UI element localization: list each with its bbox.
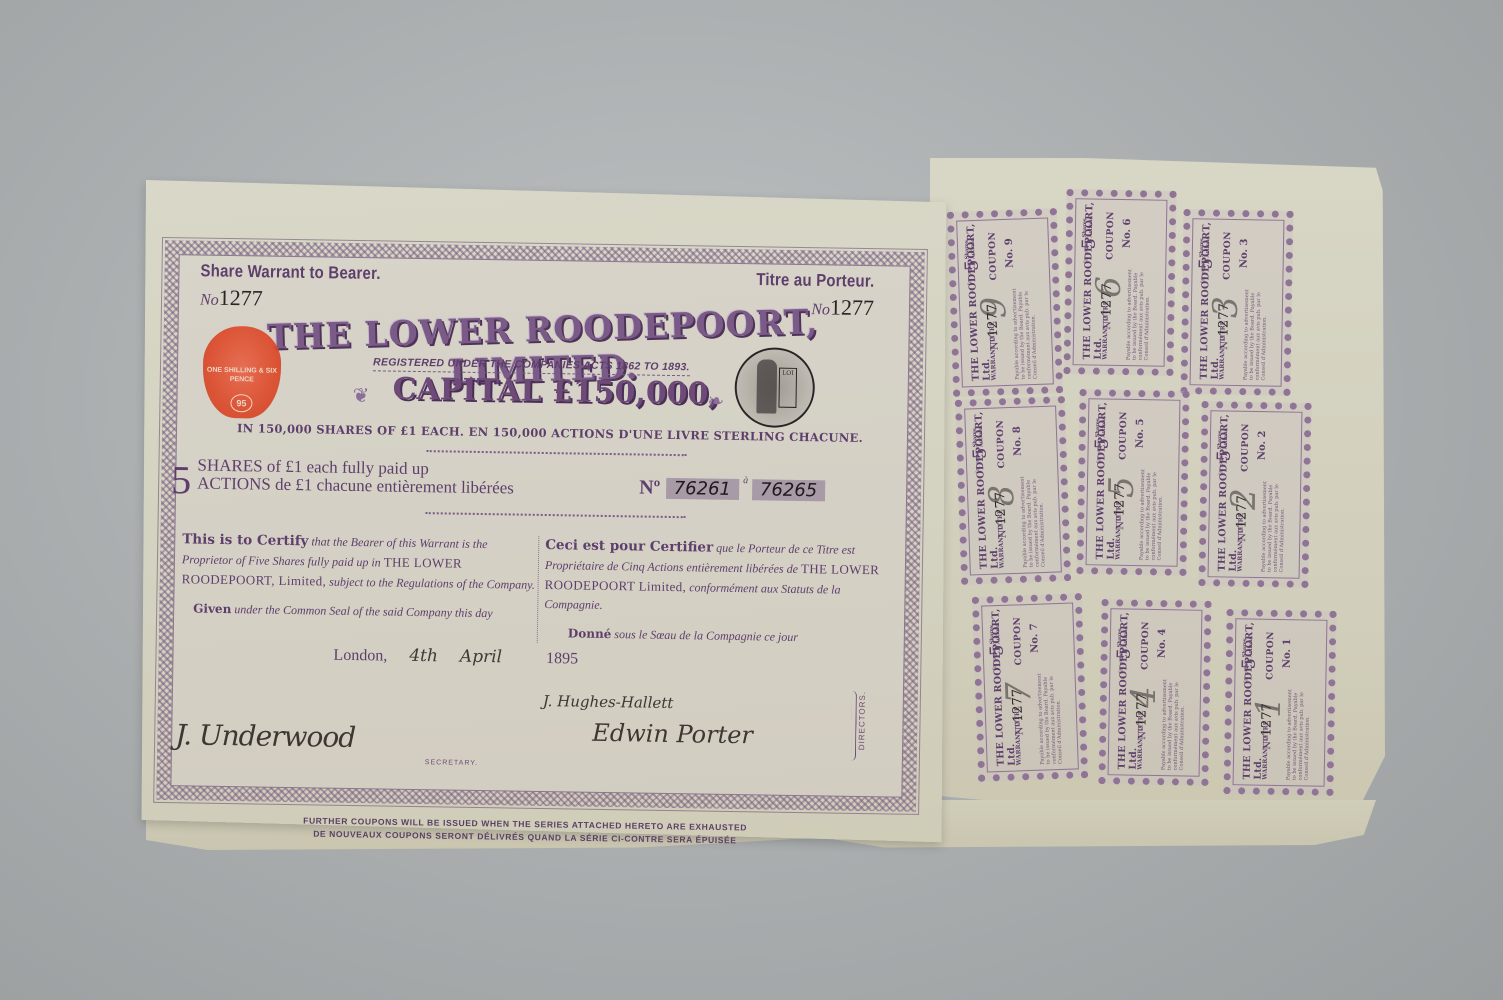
coupon-label: COUPON [1222,231,1233,280]
coupon-9: THE LOWER ROODEPOORT, Ltd. WARRANT TITRE… [947,208,1063,397]
directors-label: DIRECTORS. [857,691,867,750]
coupon-handwritten-number: 6 [1089,275,1129,297]
coupon-handwritten-number: 3 [1206,295,1246,317]
coupon-number: No. 6 [1122,218,1134,248]
scroll-ornament-icon: ❧ [707,389,724,414]
coupon-4: THE LOWER ROODEPOORT, Ltd. WARRANT TITRE… [1098,599,1211,786]
coupon-payable-text: Payable according to advertisement to be… [1286,685,1312,780]
share-number-range: Nº 76261à76265 [639,473,825,502]
header-right: Titre au Porteur. [756,270,874,291]
revenue-stamp: ONE SHILLING & SIX PENCE 95 [202,326,281,419]
date-year: 1895 [546,650,578,668]
shares-count: 5 [171,456,192,503]
coupon-payable-text: Payable according to advertisement to be… [1036,668,1063,764]
coupon-shares-count: 5 [961,259,982,271]
range-from: 76261 [666,478,740,500]
coupon-3: THE LOWER ROODEPOORT, Ltd. WARRANT TITRE… [1180,209,1293,396]
coupon-shares-count: 5 [1196,257,1217,269]
coupon-number: No. 2 [1257,430,1269,460]
coupon-number: No. 7 [1029,623,1041,653]
coupon-shares-count: 5 [969,447,990,459]
director-signature-2: Edwin Porter [592,719,753,750]
coupon-label: COUPON [1240,423,1251,472]
issue-date: London, 4th April 1895 [333,645,578,669]
coupon-handwritten-number: 1 [1249,695,1289,717]
coupon-payable-text: Payable according to advertisement to be… [1261,477,1287,572]
coupon-shares-count: 5 [1114,647,1135,659]
secretary-signature: J. Underwood [175,718,355,754]
coupon-handwritten-number: 2 [1224,487,1264,509]
coupon-7: THE LOWER ROODEPOORT, Ltd. WARRANT TITRE… [972,593,1088,782]
coupon-payable-text: Payable according to advertisement to be… [1126,265,1152,360]
coupon-payable-text: Payable according to advertisement to be… [1019,471,1046,567]
coupon-number: No. 5 [1135,418,1147,448]
coupon-shares-count: 5 [986,644,1007,656]
coupon-6: THE LOWER ROODEPOORT, Ltd. WARRANT TITRE… [1063,189,1176,376]
coupon-label: COUPON [1140,621,1151,670]
coupon-number: No. 3 [1239,238,1251,268]
coupon-label: COUPON [1105,211,1116,260]
certify-text-fr: Ceci est pour Certifier que le Porteur d… [537,536,901,649]
coupon-payable-text: Payable according to advertisement to be… [1243,285,1269,380]
header-left: Share Warrant to Bearer. [200,261,380,283]
coupon-payable-text: Payable according to advertisement to be… [1011,283,1038,379]
range-to: 76265 [752,479,826,501]
coupon-shares-count: 5 [1079,237,1100,249]
coupon-2: THE LOWER ROODEPOORT, Ltd. WARRANT TITRE… [1198,401,1311,588]
director-signature-1: J. Hughes-Hallett [543,692,674,712]
coupon-handwritten-number: 5 [1102,475,1142,497]
capital-amount: CAPITAL £150,000, [392,372,719,412]
coupon-payable-text: Payable according to advertisement to be… [1139,465,1165,560]
coupon-grid: THE LOWER ROODEPOORT, Ltd. WARRANT TITRE… [950,190,1330,810]
coupon-5: THE LOWER ROODEPOORT, Ltd. WARRANT TITRE… [1076,389,1189,576]
coupon-8: THE LOWER ROODEPOORT, Ltd. WARRANT TITRE… [955,396,1071,585]
coupon-label: COUPON [1265,631,1276,680]
coupon-shares-count: 5 [1092,437,1113,449]
certify-text-en: This is to Certify that the Bearer of th… [181,530,537,624]
coupon-label: COUPON [1013,616,1025,665]
secretary-label: SECRETARY. [425,759,478,767]
coupon-handwritten-number: 9 [974,296,1015,319]
coupon-1: THE LOWER ROODEPOORT, Ltd. WARRANT TITRE… [1223,609,1336,796]
coupon-number: No. 8 [1012,426,1024,456]
share-warrant-certificate: Share Warrant to Bearer. Titre au Porteu… [156,240,925,812]
date-month: April [460,647,502,668]
coupon-label: COUPON [1118,411,1129,460]
coupon-shares-count: 5 [1239,657,1260,669]
coupon-payable-text: Payable according to advertisement to be… [1161,675,1187,770]
allegorical-figure-icon [756,359,777,413]
coupon-handwritten-number: 7 [999,681,1040,704]
coupon-label: COUPON [988,231,1000,280]
coupon-handwritten-number: 8 [982,484,1023,507]
coupon-label: COUPON [996,419,1008,468]
coupon-number: No. 9 [1004,238,1016,268]
coupon-handwritten-number: 4 [1124,685,1164,707]
coupon-shares-count: 5 [1214,449,1235,461]
date-day: 4th [409,646,438,666]
scroll-ornament-icon: ❦ [352,383,369,408]
coupon-number: No. 4 [1157,628,1169,658]
photograph: Share Warrant to Bearer. Titre au Porteu… [0,0,1503,1000]
warrant-number-left: No1277 [200,285,263,312]
coupon-number: No. 1 [1282,638,1294,668]
